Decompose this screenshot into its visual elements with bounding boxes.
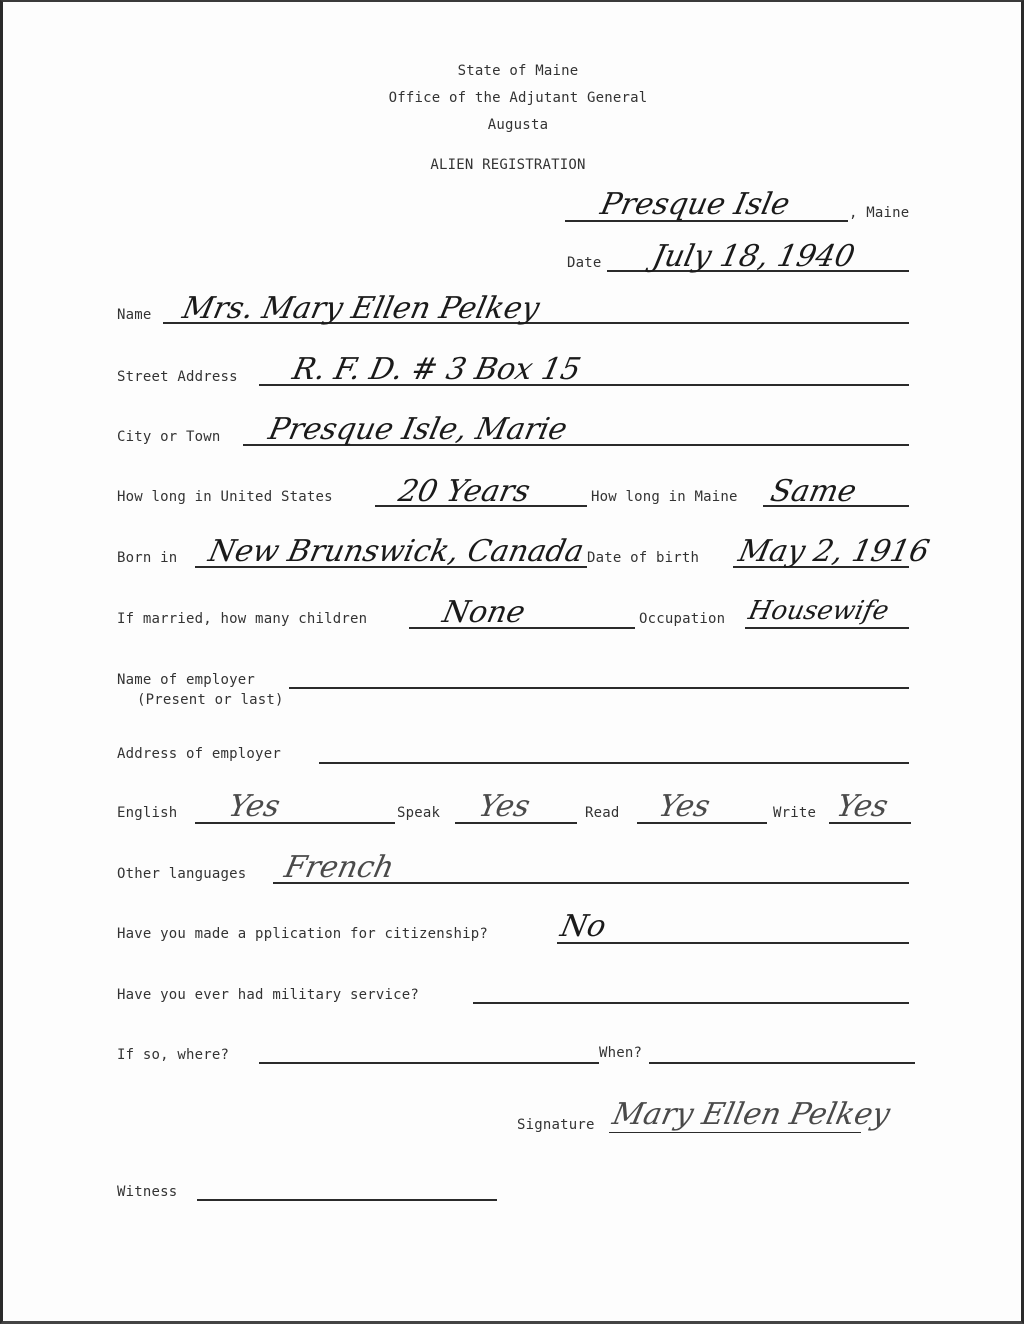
signature-label: Signature	[517, 1117, 595, 1133]
date-of-birth-label: Date of birth	[587, 550, 699, 566]
write-label: Write	[773, 805, 816, 821]
other-languages-value: French	[282, 853, 397, 883]
name-value: Mrs. Mary Ellen Pelkey	[180, 294, 542, 324]
when-line	[649, 1062, 915, 1064]
citizenship-value: No	[558, 912, 609, 942]
occupation-line	[745, 627, 909, 629]
witness-label: Witness	[117, 1184, 177, 1200]
employer-name-sublabel: (Present or last)	[137, 692, 284, 708]
employer-name-label: Name of employer	[117, 672, 255, 688]
employer-address-label: Address of employer	[117, 746, 281, 762]
street-address-value: R. F. D. # 3 Box 15	[290, 355, 583, 385]
signature-value: Mary Ellen Pelkey	[610, 1100, 893, 1130]
form-title: ALIEN REGISTRATION	[3, 157, 1013, 173]
date-of-birth-value: May 2, 1916	[736, 537, 932, 567]
employer-address-line	[319, 762, 909, 764]
header-state: State of Maine	[3, 63, 1024, 79]
place-suffix: , Maine	[849, 205, 909, 221]
where-line	[259, 1062, 599, 1064]
english-value: Yes	[226, 792, 283, 822]
occupation-label: Occupation	[639, 611, 725, 627]
employer-name-line	[289, 687, 909, 689]
military-label: Have you ever had military service?	[117, 987, 419, 1003]
city-value: Presque Isle, Marie	[266, 415, 570, 445]
header-office: Office of the Adjutant General	[3, 90, 1024, 106]
read-value: Yes	[656, 792, 713, 822]
other-languages-label: Other languages	[117, 866, 246, 882]
citizenship-label: Have you made a pplication for citizensh…	[117, 926, 488, 942]
occupation-value: Housewife	[746, 598, 891, 624]
header-city: Augusta	[3, 117, 1024, 133]
citizenship-line	[557, 942, 909, 944]
born-in-value: New Brunswick, Canada	[206, 537, 586, 567]
how-long-us-value: 20 Years	[396, 477, 533, 507]
signature-line	[609, 1132, 861, 1133]
write-value: Yes	[834, 792, 891, 822]
children-label: If married, how many children	[117, 611, 367, 627]
where-label: If so, where?	[117, 1047, 229, 1063]
witness-line	[197, 1199, 497, 1201]
how-long-maine-value: Same	[768, 477, 859, 507]
how-long-maine-label: How long in Maine	[591, 489, 738, 505]
english-label: English	[117, 805, 177, 821]
name-label: Name	[117, 307, 152, 323]
street-address-label: Street Address	[117, 369, 238, 385]
speak-label: Speak	[397, 805, 440, 821]
date-label: Date	[567, 255, 602, 271]
city-label: City or Town	[117, 429, 221, 445]
date-value: July 18, 1940	[650, 242, 857, 272]
how-long-us-label: How long in United States	[117, 489, 333, 505]
military-line	[473, 1002, 909, 1004]
born-in-label: Born in	[117, 550, 177, 566]
place-value: Presque Isle	[598, 190, 792, 220]
speak-value: Yes	[476, 792, 533, 822]
read-label: Read	[585, 805, 620, 821]
children-value: None	[440, 598, 528, 628]
when-label: When?	[599, 1045, 642, 1061]
registration-form-page: State of Maine Office of the Adjutant Ge…	[0, 0, 1024, 1324]
